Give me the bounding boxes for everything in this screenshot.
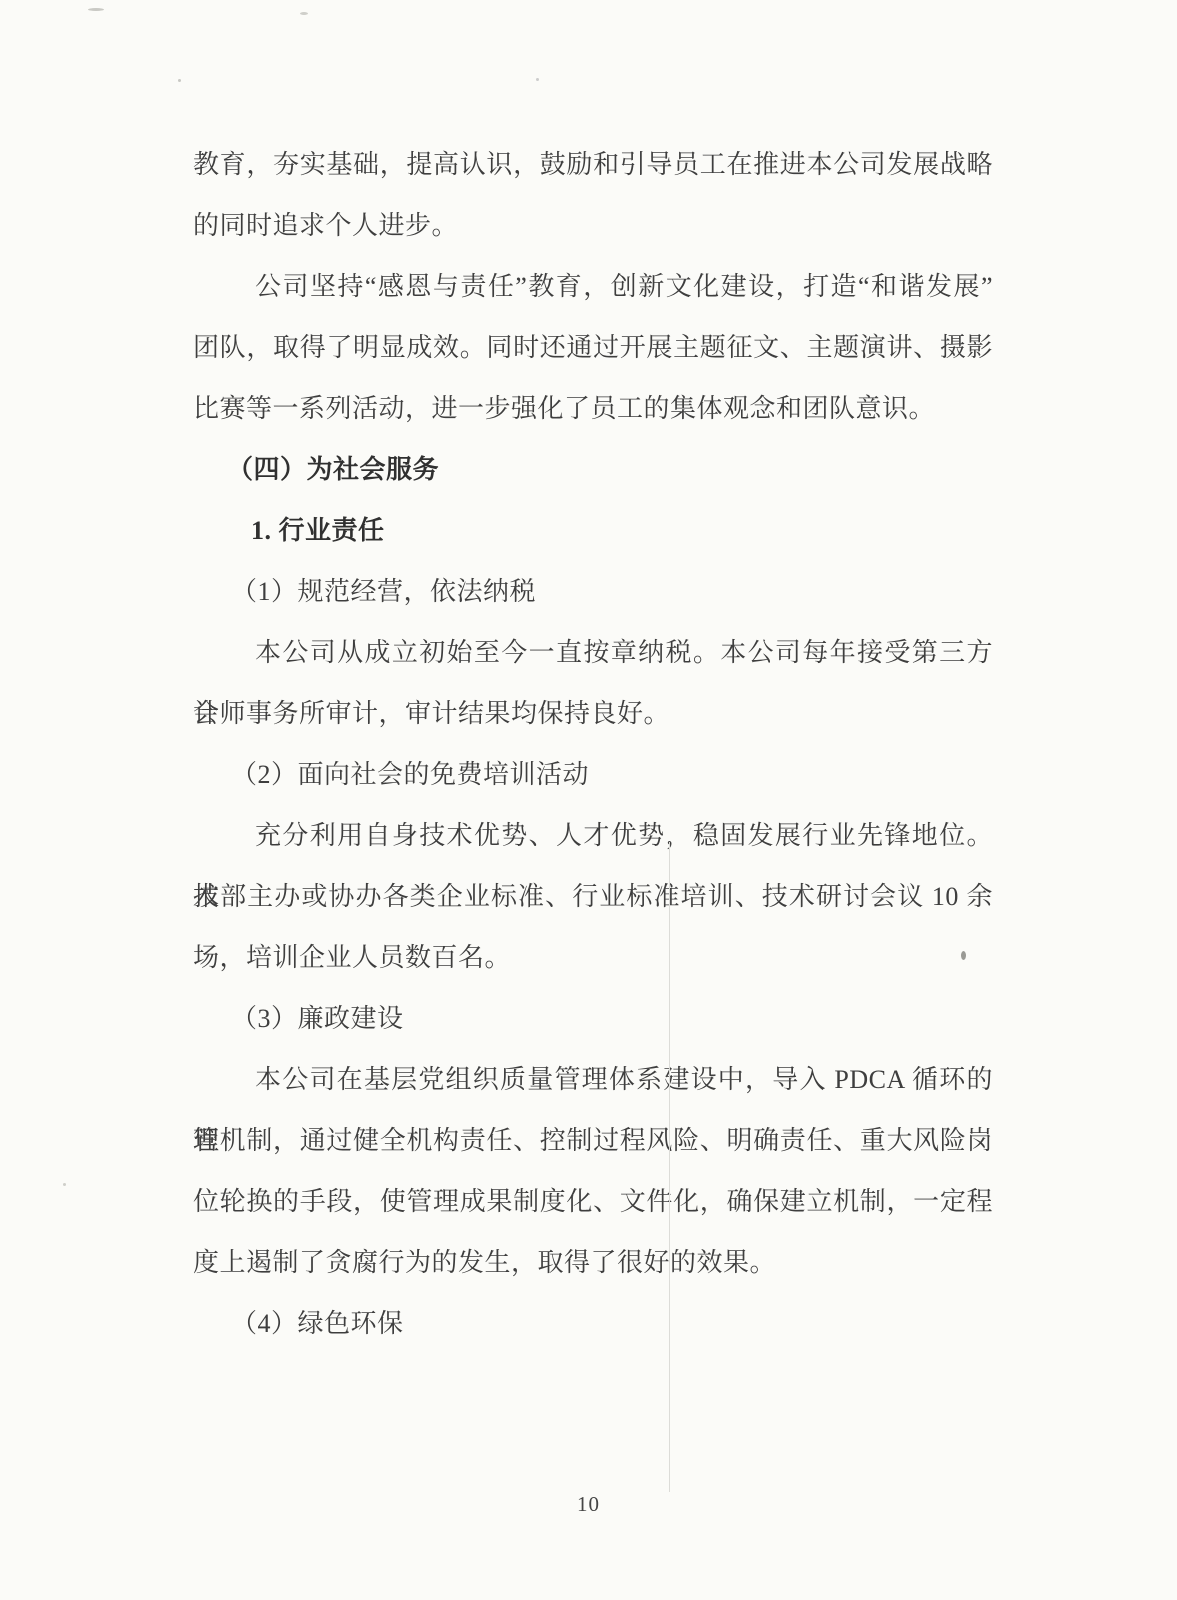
- text-line: 的同时追求个人进步。: [193, 195, 993, 256]
- text-line: 场，培训企业人员数百名。: [193, 927, 993, 988]
- page-number: 10: [0, 1492, 1177, 1517]
- text-line: 教育，夯实基础，提高认识，鼓励和引导员工在推进本公司发展战略: [193, 134, 993, 195]
- text-line: 比赛等一系列活动，进一步强化了员工的集体观念和团队意识。: [193, 378, 993, 439]
- scan-speckle: [178, 79, 181, 82]
- text-line: 本公司从成立初始至今一直按章纳税。本公司每年接受第三方会: [193, 622, 993, 683]
- section-heading: 1. 行业责任: [193, 500, 993, 561]
- text-line: 理机制，通过健全机构责任、控制过程风险、明确责任、重大风险岗: [193, 1110, 993, 1171]
- document-text-block: 教育，夯实基础，提高认识，鼓励和引导员工在推进本公司发展战略的同时追求个人进步。…: [193, 134, 993, 1354]
- scan-speckle: [88, 8, 104, 11]
- text-line: 术部主办或协办各类企业标准、行业标准培训、技术研讨会议 10 余: [193, 866, 993, 927]
- text-line: 公司坚持“感恩与责任”教育，创新文化建设，打造“和谐发展”: [193, 256, 993, 317]
- section-heading: （四）为社会服务: [193, 439, 993, 500]
- scan-speckle: [63, 1183, 66, 1186]
- text-line: 团队，取得了明显成效。同时还通过开展主题征文、主题演讲、摄影: [193, 317, 993, 378]
- text-line: （3）廉政建设: [193, 988, 993, 1049]
- text-line: （4）绿色环保: [193, 1293, 993, 1354]
- text-line: 本公司在基层党组织质量管理体系建设中，导入 PDCA 循环的管: [193, 1049, 993, 1110]
- text-line: 充分利用自身技术优势、人才优势，稳固发展行业先锋地位。技: [193, 805, 993, 866]
- text-line: （1）规范经营，依法纳税: [193, 561, 993, 622]
- document-page: 教育，夯实基础，提高认识，鼓励和引导员工在推进本公司发展战略的同时追求个人进步。…: [0, 0, 1177, 1600]
- text-line: 度上遏制了贪腐行为的发生，取得了很好的效果。: [193, 1232, 993, 1293]
- text-line: 计师事务所审计，审计结果均保持良好。: [193, 683, 993, 744]
- text-line: （2）面向社会的免费培训活动: [193, 744, 993, 805]
- scan-speckle: [536, 78, 539, 81]
- text-line: 位轮换的手段，使管理成果制度化、文件化，确保建立机制，一定程: [193, 1171, 993, 1232]
- scan-speckle: [300, 12, 308, 15]
